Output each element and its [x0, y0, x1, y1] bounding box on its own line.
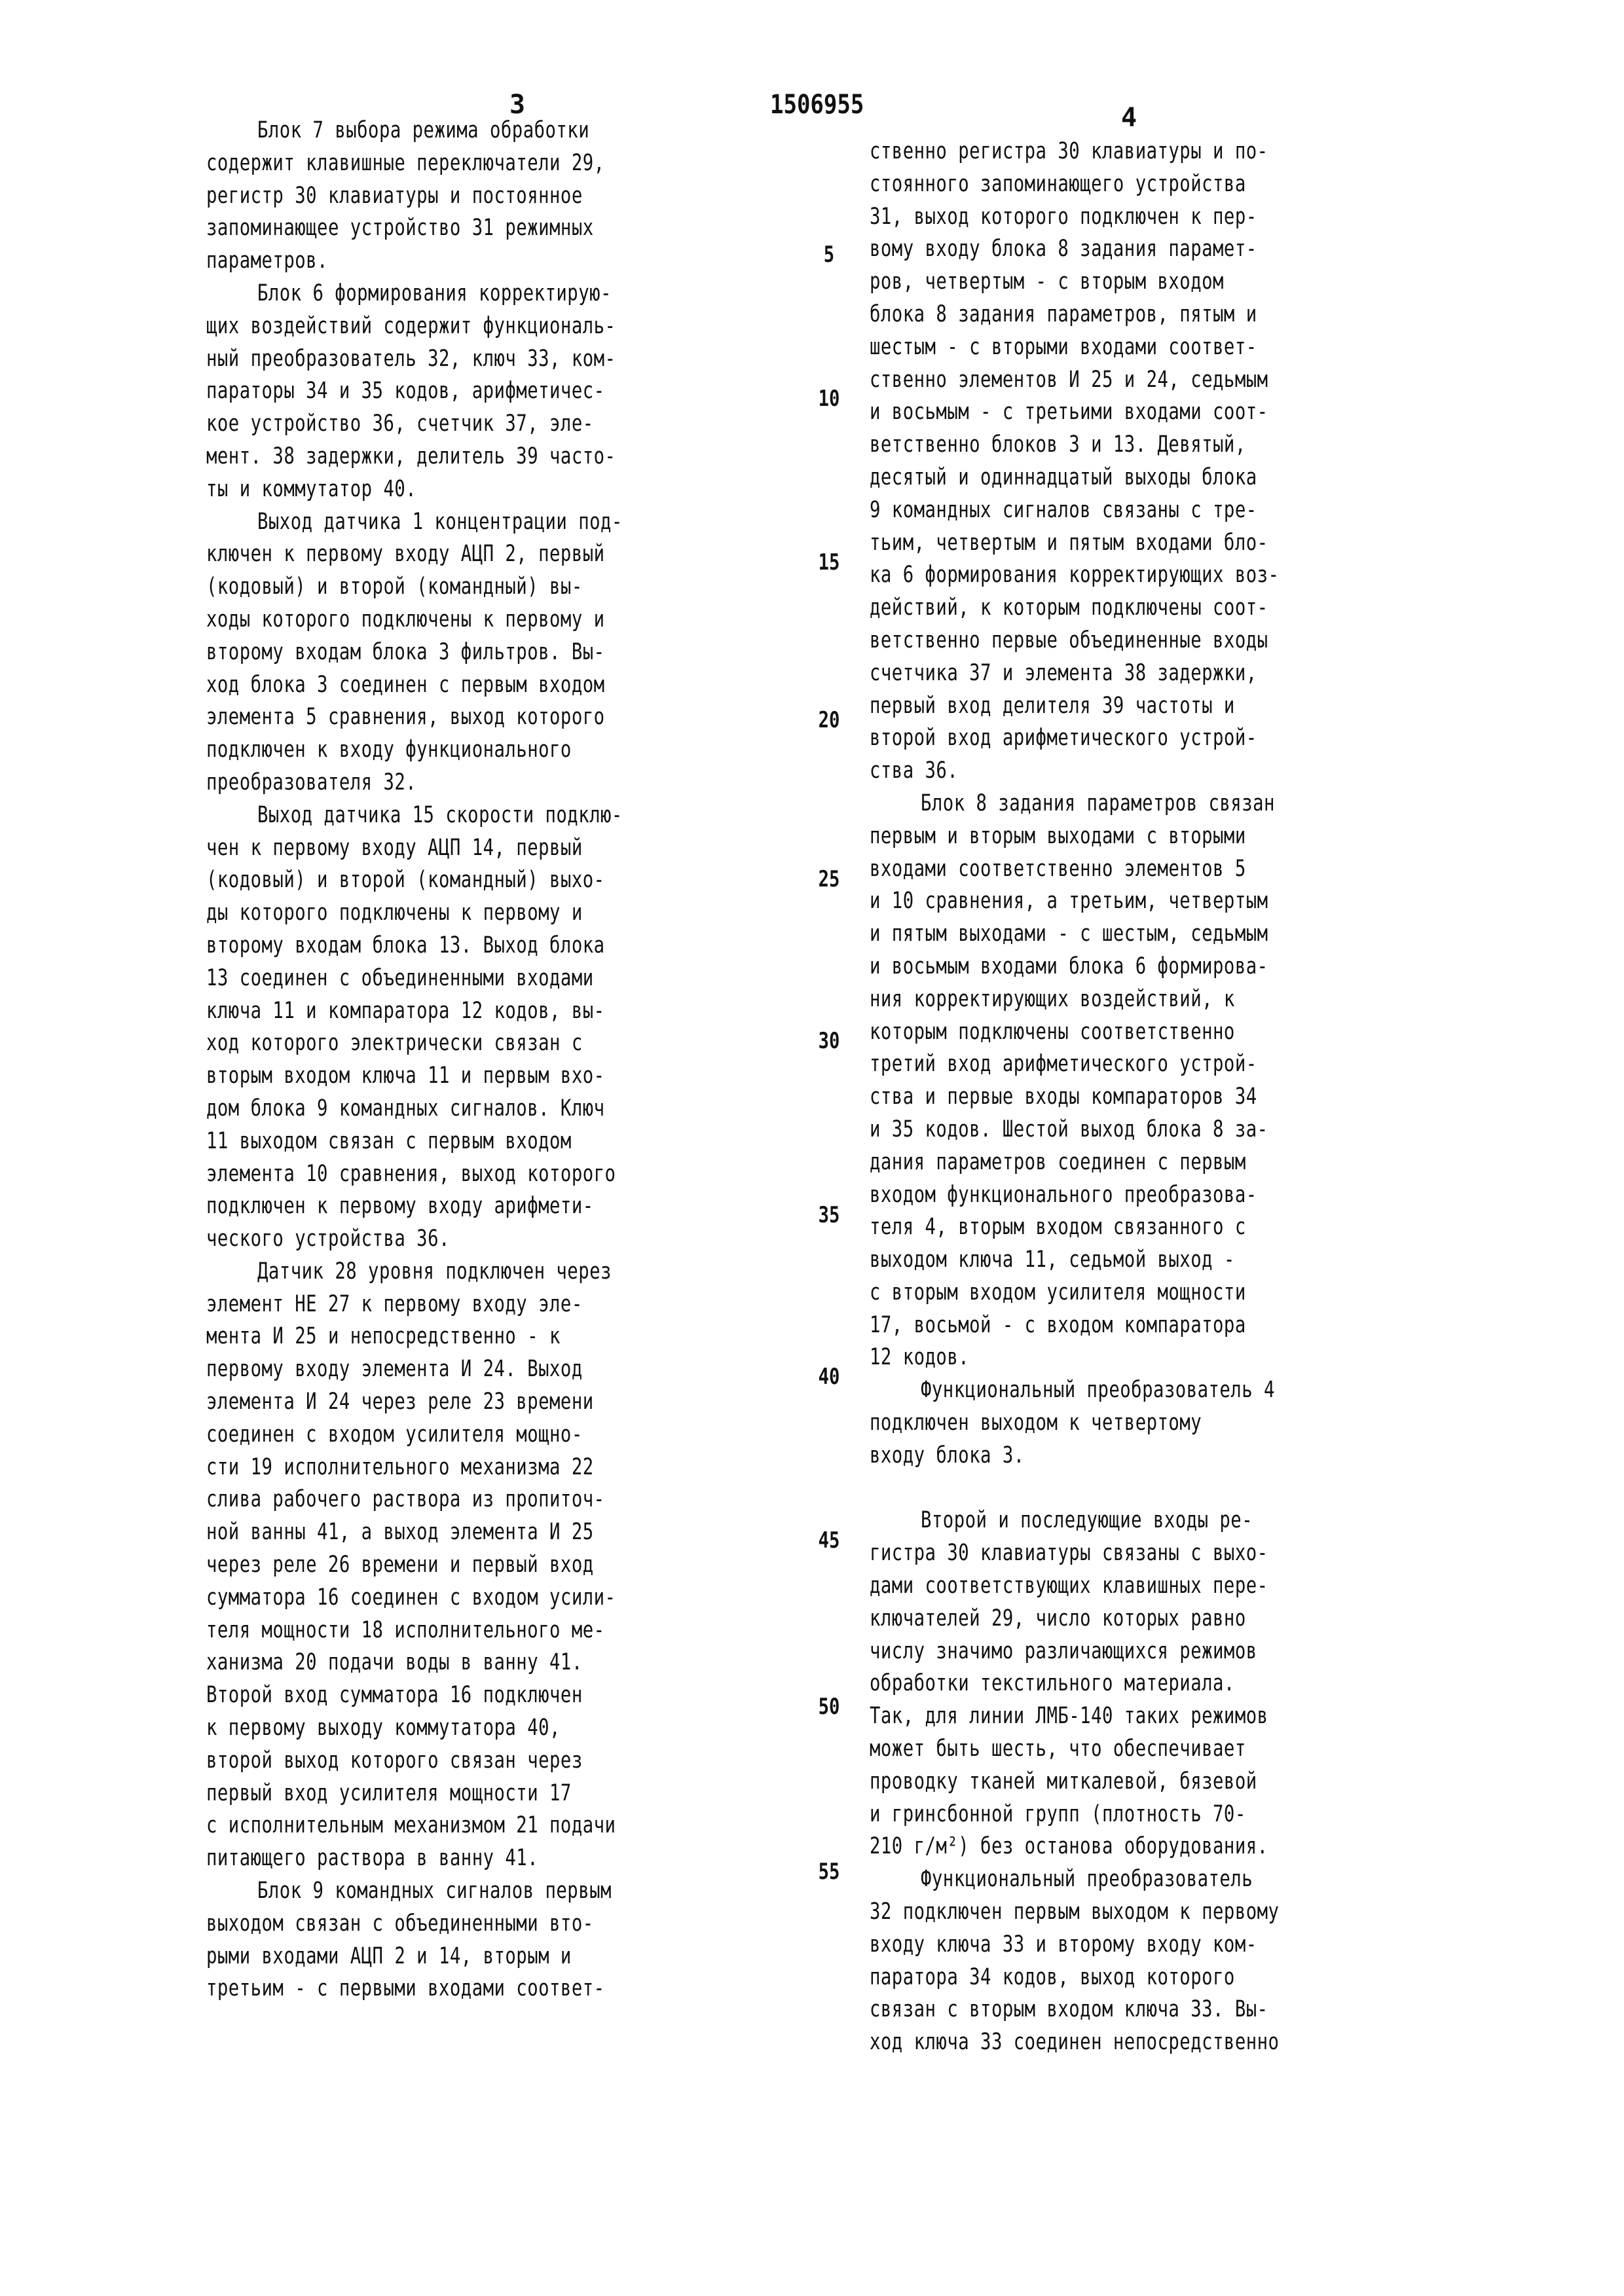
text-line: 31, выход которого подключен к пер-: [870, 201, 1329, 234]
text-line: входу блока 3.: [870, 1440, 1329, 1472]
text-line: ты и коммутатор 40.: [206, 473, 676, 506]
text-line: (кодовый) и второй (командный) вы-: [206, 571, 676, 604]
text-line: Так, для линии ЛМБ-140 таких режимов: [870, 1700, 1329, 1733]
text-line: рыми входами АЦП 2 и 14, вторым и: [206, 1941, 676, 1973]
text-line: ключен к первому входу АЦП 2, первый: [206, 538, 676, 571]
text-line: числу значимо различающихся режимов: [870, 1635, 1329, 1668]
text-line: 11 выходом связан с первым входом: [206, 1125, 676, 1158]
right-page-number: 4: [1121, 105, 1137, 131]
text-line: первым и вторым выходами с вторыми: [870, 820, 1329, 853]
text-line: третий вход арифметического устрой-: [870, 1048, 1329, 1081]
text-line: параметров.: [206, 245, 676, 278]
text-line: теля мощности 18 исполнительного ме-: [206, 1614, 676, 1647]
text-line: содержит клавишные переключатели 29,: [206, 147, 676, 180]
text-line: дом блока 9 командных сигналов. Ключ: [206, 1093, 676, 1125]
text-line: ства 36.: [870, 755, 1329, 788]
text-line: проводку тканей миткалевой, бязевой: [870, 1766, 1329, 1798]
text-line: ветственно блоков 3 и 13. Девятый,: [870, 429, 1329, 462]
text-line: Выход датчика 15 скорости подклю-: [206, 799, 676, 832]
text-line: ключателей 29, число которых равно: [870, 1603, 1329, 1635]
line-number-marker: 30: [813, 1030, 845, 1052]
patent-number: 1506955: [770, 92, 864, 118]
text-line: тьим, четвертым и пятым входами бло-: [870, 527, 1329, 560]
text-line: выходом ключа 11, седьмой выход -: [870, 1244, 1329, 1277]
text-line: слива рабочего раствора из пропиточ-: [206, 1484, 676, 1516]
text-line: питающего раствора в ванну 41.: [206, 1842, 676, 1875]
line-number-marker: 20: [813, 709, 845, 731]
text-line: вому входу блока 8 задания парамет-: [870, 233, 1329, 266]
text-line: ды которого подключены к первому и: [206, 897, 676, 930]
text-line: гистра 30 клавиатуры связаны с выхо-: [870, 1537, 1329, 1570]
text-line: ной ванны 41, а выход элемента И 25: [206, 1516, 676, 1549]
text-line: Датчик 28 уровня подключен через: [206, 1256, 676, 1288]
text-line: третьим - с первыми входами соответ-: [206, 1973, 676, 2005]
text-line: подключен выходом к четвертому: [870, 1407, 1329, 1440]
text-line: регистр 30 клавиатуры и постоянное: [206, 180, 676, 213]
line-number-marker: 15: [813, 551, 845, 574]
text-line: десятый и одиннадцатый выходы блока: [870, 462, 1329, 494]
text-line: ный преобразователь 32, ключ 33, ком-: [206, 343, 676, 376]
line-number-marker: 50: [813, 1696, 845, 1718]
text-line: обработки текстильного материала.: [870, 1667, 1329, 1700]
text-line: к первому выходу коммутатора 40,: [206, 1712, 676, 1745]
text-line: сти 19 исполнительного механизма 22: [206, 1451, 676, 1484]
text-line: и гринсбонной групп (плотность 70-: [870, 1798, 1329, 1831]
text-line: и пятым выходами - с шестым, седьмым: [870, 918, 1329, 951]
text-line: 17, восьмой - с входом компаратора: [870, 1309, 1329, 1342]
text-line: 9 командных сигналов связаны с тре-: [870, 494, 1329, 527]
text-line: Выход датчика 1 концентрации под-: [206, 506, 676, 539]
text-line: параторы 34 и 35 кодов, арифметичес-: [206, 375, 676, 408]
text-line: Второй вход сумматора 16 подключен: [206, 1679, 676, 1712]
text-line: запоминающее устройство 31 режимных: [206, 212, 676, 245]
text-line: Второй и последующие входы ре-: [870, 1504, 1329, 1537]
text-line: ветственно первые объединенные входы: [870, 625, 1329, 657]
left-column: Блок 7 выбора режима обработкисодержит к…: [206, 115, 809, 2005]
text-line: ственно элементов И 25 и 24, седьмым: [870, 364, 1329, 397]
line-number-marker: 35: [813, 1204, 845, 1226]
text-line: 12 кодов.: [870, 1341, 1329, 1374]
text-line: и восьмым - с третьими входами соот-: [870, 396, 1329, 429]
line-number-marker: 40: [813, 1366, 845, 1388]
text-line: ческого устройства 36.: [206, 1223, 676, 1256]
text-line: через реле 26 времени и первый вход: [206, 1549, 676, 1582]
text-line: и 35 кодов. Шестой выход блока 8 за-: [870, 1114, 1329, 1146]
text-line: второй выход которого связан через: [206, 1745, 676, 1777]
text-line: щих воздействий содержит функциональ-: [206, 310, 676, 343]
text-line: входами соответственно элементов 5: [870, 853, 1329, 886]
text-line: чен к первому входу АЦП 14, первый: [206, 832, 676, 865]
text-line: преобразователя 32.: [206, 767, 676, 799]
text-line: связан с вторым входом ключа 33. Вы-: [870, 1994, 1329, 2026]
right-column: ственно регистра 30 клавиатуры и по-стоя…: [870, 136, 1459, 2059]
text-line: стоянного запоминающего устройства: [870, 168, 1329, 201]
text-line: ключа 11 и компаратора 12 кодов, вы-: [206, 995, 676, 1028]
text-line: ход ключа 33 соединен непосредственно: [870, 2026, 1329, 2059]
text-line: второму входам блока 3 фильтров. Вы-: [206, 636, 676, 669]
text-line: элемента 5 сравнения, выход которого: [206, 701, 676, 734]
text-line: кое устройство 36, счетчик 37, эле-: [206, 408, 676, 441]
text-line: элемент НЕ 27 к первому входу эле-: [206, 1288, 676, 1321]
text-line: с вторым входом усилителя мощности: [870, 1277, 1329, 1309]
text-line: второму входам блока 13. Выход блока: [206, 930, 676, 962]
text-line: Блок 8 задания параметров связан: [870, 788, 1329, 820]
text-line: 13 соединен с объединенными входами: [206, 962, 676, 995]
text-line: первый вход делителя 39 частоты и: [870, 690, 1329, 723]
text-line: ственно регистра 30 клавиатуры и по-: [870, 136, 1329, 168]
text-line: Блок 7 выбора режима обработки: [206, 115, 676, 147]
patent-page: 3 1506955 4 Блок 7 выбора режима обработ…: [0, 0, 1624, 2296]
text-line: и 10 сравнения, а третьим, четвертым: [870, 885, 1329, 918]
text-line: подключен к первому входу арифмети-: [206, 1190, 676, 1223]
text-line: входу ключа 33 и второму входу ком-: [870, 1929, 1329, 1961]
text-line: с исполнительным механизмом 21 подачи: [206, 1810, 676, 1842]
line-number-marker: 25: [813, 868, 845, 890]
text-line: 210 г/м²) без останова оборудования.: [870, 1831, 1329, 1863]
text-line: мента И 25 и непосредственно - к: [206, 1321, 676, 1353]
text-line: [870, 1472, 1329, 1505]
text-line: 32 подключен первым выходом к первому: [870, 1896, 1329, 1929]
text-line: может быть шесть, что обеспечивает: [870, 1733, 1329, 1766]
line-number-marker: 5: [813, 244, 845, 266]
text-line: первому входу элемента И 24. Выход: [206, 1353, 676, 1386]
text-line: теля 4, вторым входом связанного с: [870, 1211, 1329, 1244]
text-line: паратора 34 кодов, выход которого: [870, 1961, 1329, 1994]
text-line: второй вход арифметического устрой-: [870, 722, 1329, 755]
text-line: ства и первые входы компараторов 34: [870, 1081, 1329, 1114]
text-line: Блок 6 формирования корректирую-: [206, 278, 676, 310]
text-line: первый вход усилителя мощности 17: [206, 1777, 676, 1810]
text-line: (кодовый) и второй (командный) выхо-: [206, 864, 676, 897]
text-line: шестым - с вторыми входами соответ-: [870, 331, 1329, 364]
text-line: и восьмым входами блока 6 формирова-: [870, 951, 1329, 983]
text-line: Блок 9 командных сигналов первым: [206, 1875, 676, 1908]
left-page-number: 3: [509, 92, 525, 118]
text-line: выходом связан с объединенными вто-: [206, 1908, 676, 1941]
text-line: соединен с входом усилителя мощно-: [206, 1419, 676, 1451]
text-line: ход которого электрически связан с: [206, 1027, 676, 1060]
text-line: дания параметров соединен с первым: [870, 1146, 1329, 1179]
text-line: счетчика 37 и элемента 38 задержки,: [870, 657, 1329, 690]
text-line: мент. 38 задержки, делитель 39 часто-: [206, 441, 676, 473]
text-line: действий, к которым подключены соот-: [870, 592, 1329, 625]
text-line: ходы которого подключены к первому и: [206, 604, 676, 636]
line-number-marker: 55: [813, 1861, 845, 1883]
text-line: ход блока 3 соединен с первым входом: [206, 669, 676, 702]
line-number-marker: 45: [813, 1529, 845, 1552]
text-line: элемента 10 сравнения, выход которого: [206, 1158, 676, 1191]
text-line: вторым входом ключа 11 и первым вхо-: [206, 1060, 676, 1093]
text-line: элемента И 24 через реле 23 времени: [206, 1386, 676, 1419]
text-line: ханизма 20 подачи воды в ванну 41.: [206, 1647, 676, 1679]
text-line: Функциональный преобразователь: [870, 1863, 1329, 1896]
text-line: ка 6 формирования корректирующих воз-: [870, 559, 1329, 592]
line-number-marker: 10: [813, 388, 845, 410]
text-line: блока 8 задания параметров, пятым и: [870, 299, 1329, 331]
text-line: Функциональный преобразователь 4: [870, 1374, 1329, 1407]
text-line: входом функционального преобразова-: [870, 1179, 1329, 1212]
text-line: подключен к входу функционального: [206, 734, 676, 767]
text-line: сумматора 16 соединен с входом усили-: [206, 1582, 676, 1614]
text-line: которым подключены соответственно: [870, 1016, 1329, 1049]
text-line: ния корректирующих воздействий, к: [870, 983, 1329, 1016]
text-line: ров, четвертым - с вторым входом: [870, 266, 1329, 299]
text-line: дами соответствующих клавишных пере-: [870, 1570, 1329, 1603]
